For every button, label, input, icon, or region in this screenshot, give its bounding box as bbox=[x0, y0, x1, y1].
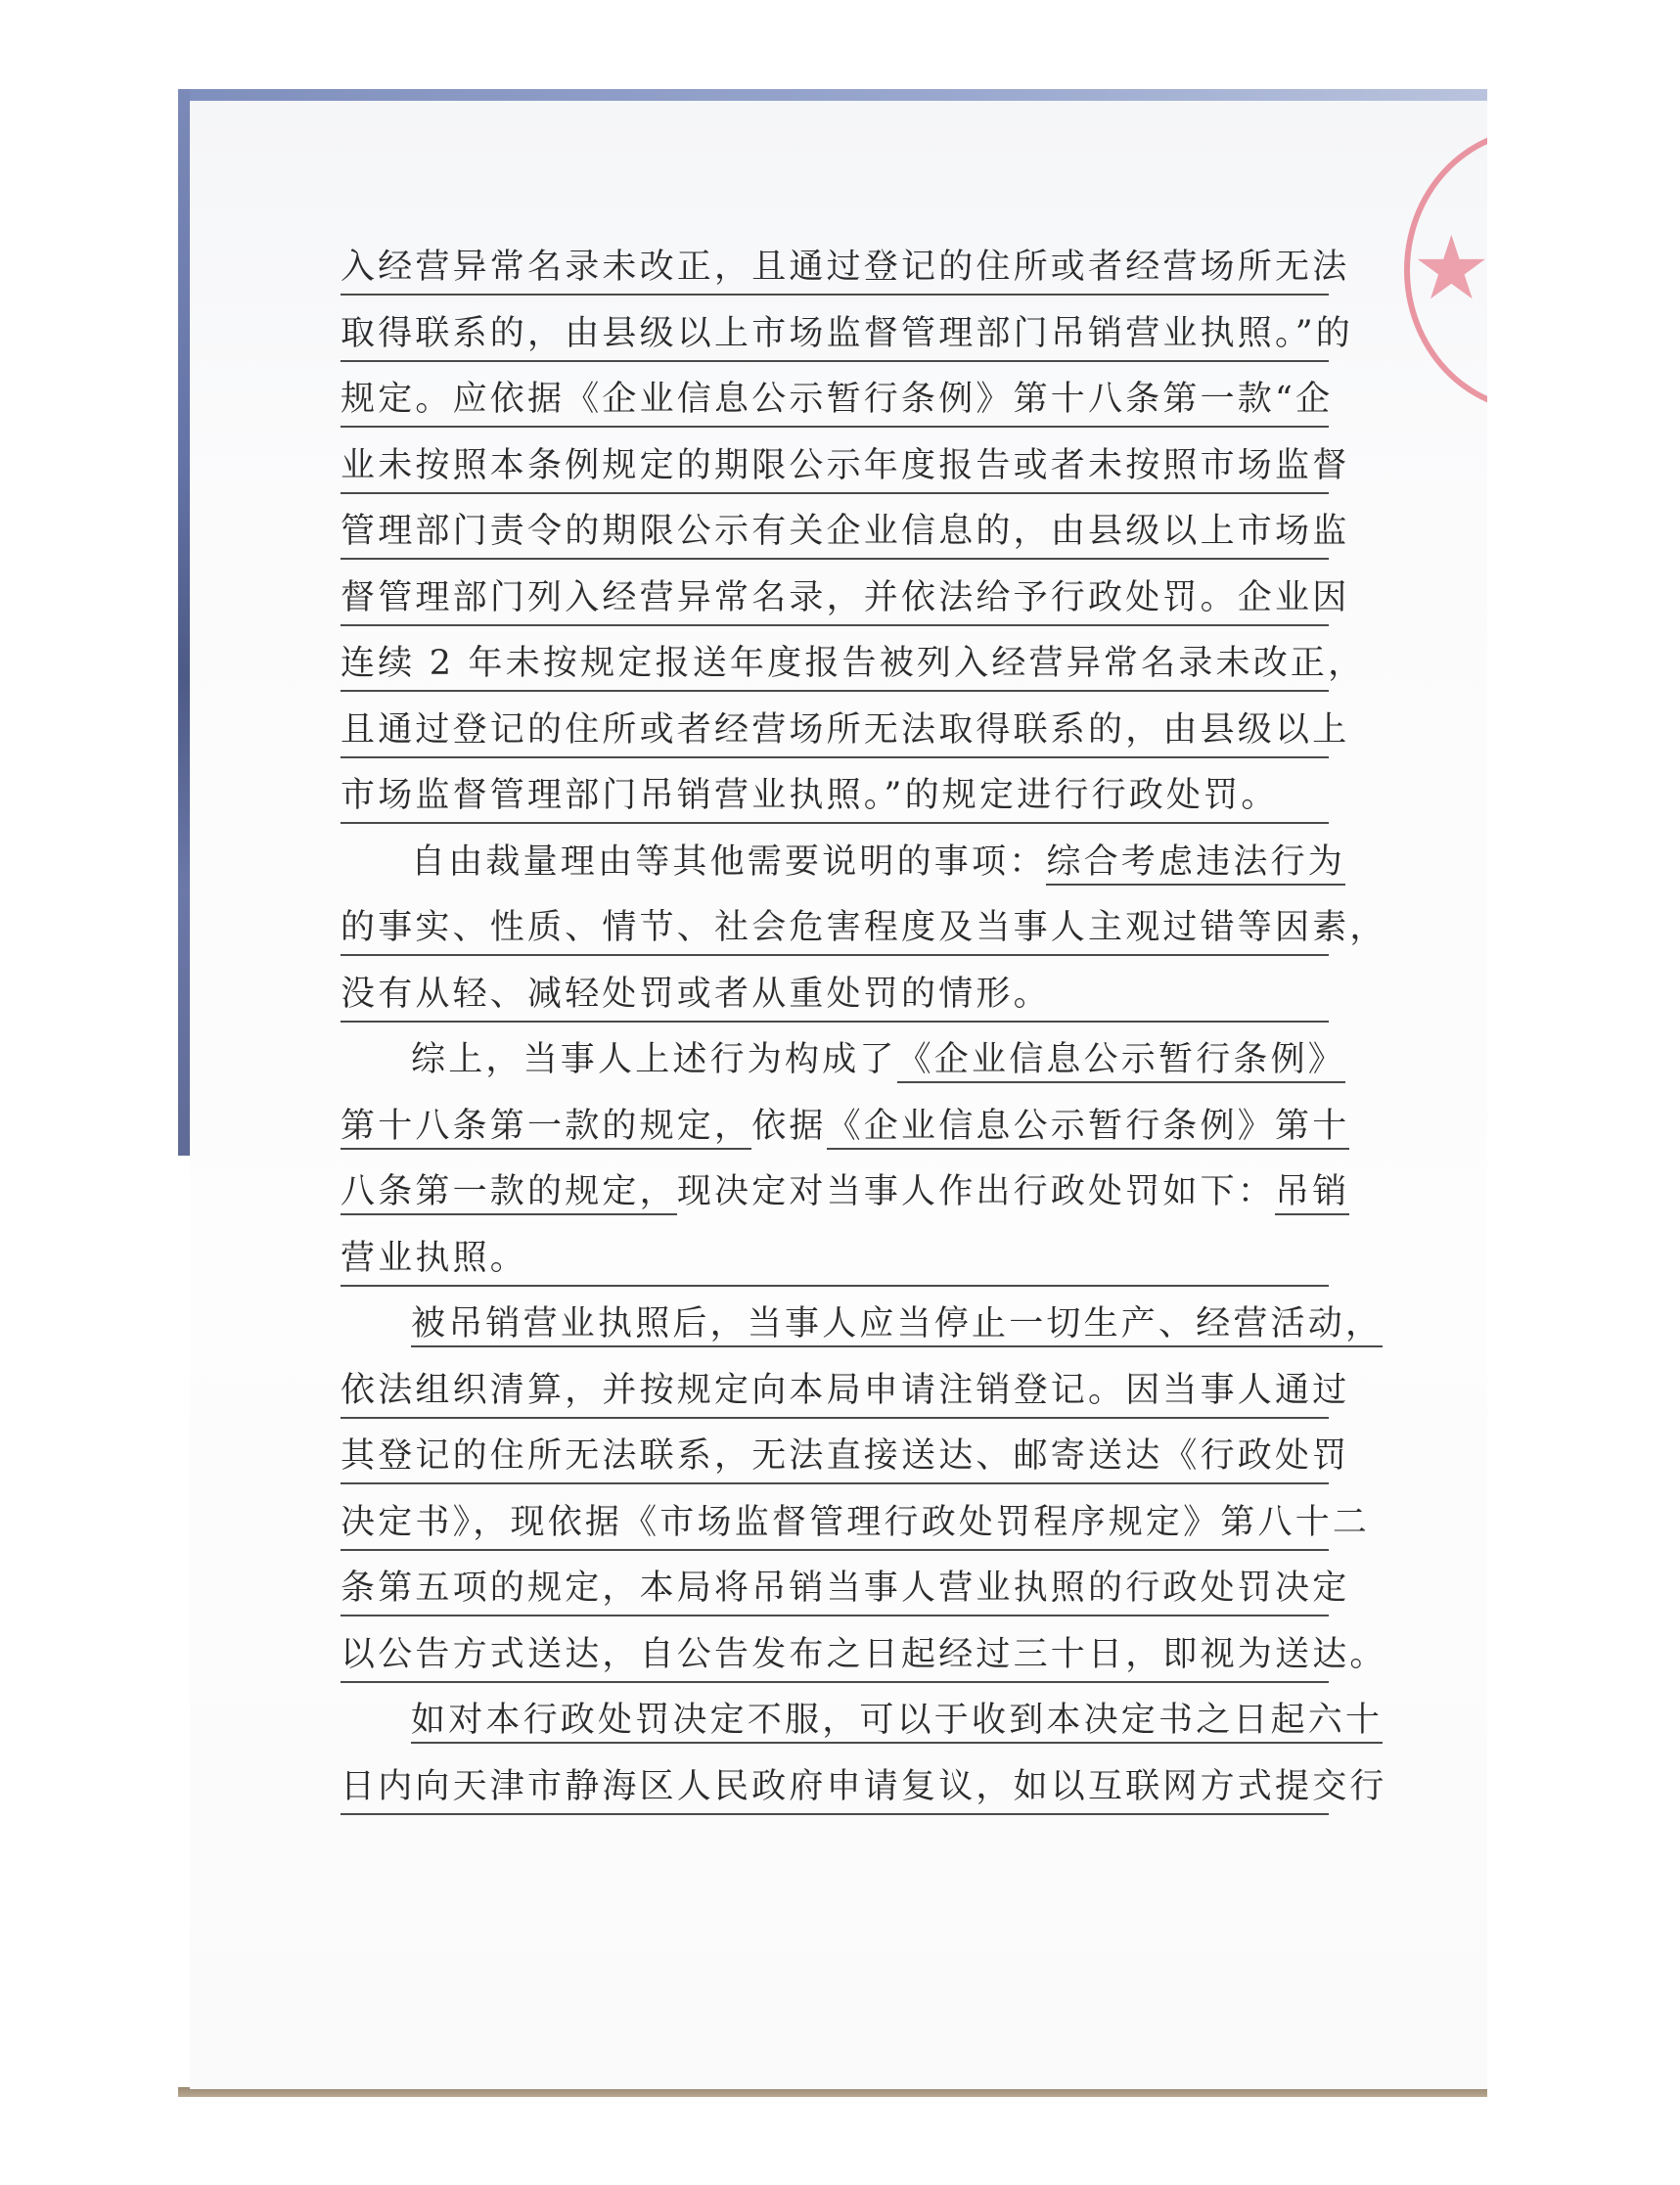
appeal-text: 如对本行政处罚决定不服，可以于收到本决定书之日起六十 bbox=[411, 1701, 1383, 1744]
legal-basis-line: 且通过登记的住所或者经营场所无法取得联系的，由县级以上 bbox=[341, 706, 1329, 772]
regulation-reference: 《企业信息公示暂行条例》第十 bbox=[827, 1107, 1350, 1150]
regulation-reference: 《企业信息公示暂行条例》 bbox=[897, 1040, 1345, 1083]
appeal-line: 如对本行政处罚决定不服，可以于收到本决定书之日起六十 bbox=[341, 1696, 1329, 1762]
revocation-line: 条第五项的规定，本局将吊销当事人营业执照的行政处罚决定 bbox=[341, 1564, 1329, 1630]
discretion-line: 自由裁量理由等其他需要说明的事项：综合考虑违法行为 bbox=[341, 838, 1329, 904]
legal-basis-line: 入经营异常名录未改正，且通过登记的住所或者经营场所无法 bbox=[341, 243, 1329, 309]
legal-basis-line: 取得联系的，由县级以上市场监督管理部门吊销营业执照。”的 bbox=[341, 309, 1329, 376]
penalty-line: 营业执照。 bbox=[341, 1234, 1329, 1300]
legal-basis-line: 市场监督管理部门吊销营业执照。”的规定进行行政处罚。 bbox=[341, 771, 1329, 838]
revocation-line: 其登记的住所无法联系，无法直接送达、邮寄送达《行政处罚 bbox=[341, 1432, 1329, 1498]
conclusion-text: 现决定对当事人作出行政处罚如下： bbox=[677, 1172, 1275, 1211]
legal-basis-line: 连续 2 年未按规定报送年度报告被列入经营异常名录未改正， bbox=[341, 639, 1329, 706]
conclusion-line: 八条第一款的规定，现决定对当事人作出行政处罚如下：吊销 bbox=[341, 1167, 1329, 1234]
regulation-article: 第十八条第一款的规定， bbox=[341, 1107, 751, 1150]
discretion-line: 没有从轻、减轻处罚或者从重处罚的情形。 bbox=[341, 970, 1329, 1036]
appeal-line: 日内向天津市静海区人民政府申请复议，如以互联网方式提交行 bbox=[341, 1762, 1329, 1829]
discretion-label: 自由裁量理由等其他需要说明的事项： bbox=[411, 842, 1046, 882]
legal-basis-line: 业未按照本条例规定的期限公示年度报告或者未按照市场监督 bbox=[341, 441, 1329, 508]
revocation-text: 被吊销营业执照后，当事人应当停止一切生产、经营活动， bbox=[411, 1304, 1383, 1347]
legal-basis-line: 规定。应依据《企业信息公示暂行条例》第十八条第一款“企 bbox=[341, 375, 1329, 441]
conclusion-text: 依据 bbox=[751, 1107, 826, 1146]
legal-basis-line: 管理部门责令的期限公示有关企业信息的，由县级以上市场监 bbox=[341, 507, 1329, 573]
scan-backdrop-left bbox=[178, 89, 190, 1156]
regulation-article: 八条第一款的规定， bbox=[341, 1172, 677, 1215]
page-margin-right bbox=[1487, 0, 1680, 2185]
seal-star-icon: ★ bbox=[1412, 225, 1491, 313]
discretion-line: 的事实、性质、情节、社会危害程度及当事人主观过错等因素， bbox=[341, 903, 1329, 970]
conclusion-line: 综上，当事人上述行为构成了《企业信息公示暂行条例》 bbox=[341, 1035, 1329, 1102]
revocation-line: 决定书》，现依据《市场监督管理行政处罚程序规定》第八十二 bbox=[341, 1498, 1329, 1565]
revocation-line: 以公告方式送达，自公告发布之日起经过三十日，即视为送达。 bbox=[341, 1630, 1329, 1697]
document-body: 入经营异常名录未改正，且通过登记的住所或者经营场所无法 取得联系的，由县级以上市… bbox=[341, 243, 1329, 1828]
conclusion-line: 第十八条第一款的规定，依据《企业信息公示暂行条例》第十 bbox=[341, 1102, 1329, 1168]
revocation-line: 依法组织清算，并按规定向本局申请注销登记。因当事人通过 bbox=[341, 1366, 1329, 1433]
penalty-text: 吊销 bbox=[1275, 1172, 1349, 1215]
discretion-text: 综合考虑违法行为 bbox=[1046, 842, 1345, 886]
conclusion-text: 综上，当事人上述行为构成了 bbox=[411, 1040, 897, 1079]
legal-basis-line: 督管理部门列入经营异常名录，并依法给予行政处罚。企业因 bbox=[341, 573, 1329, 640]
scan-backdrop-top bbox=[178, 89, 1487, 101]
revocation-line: 被吊销营业执照后，当事人应当停止一切生产、经营活动， bbox=[341, 1299, 1329, 1366]
